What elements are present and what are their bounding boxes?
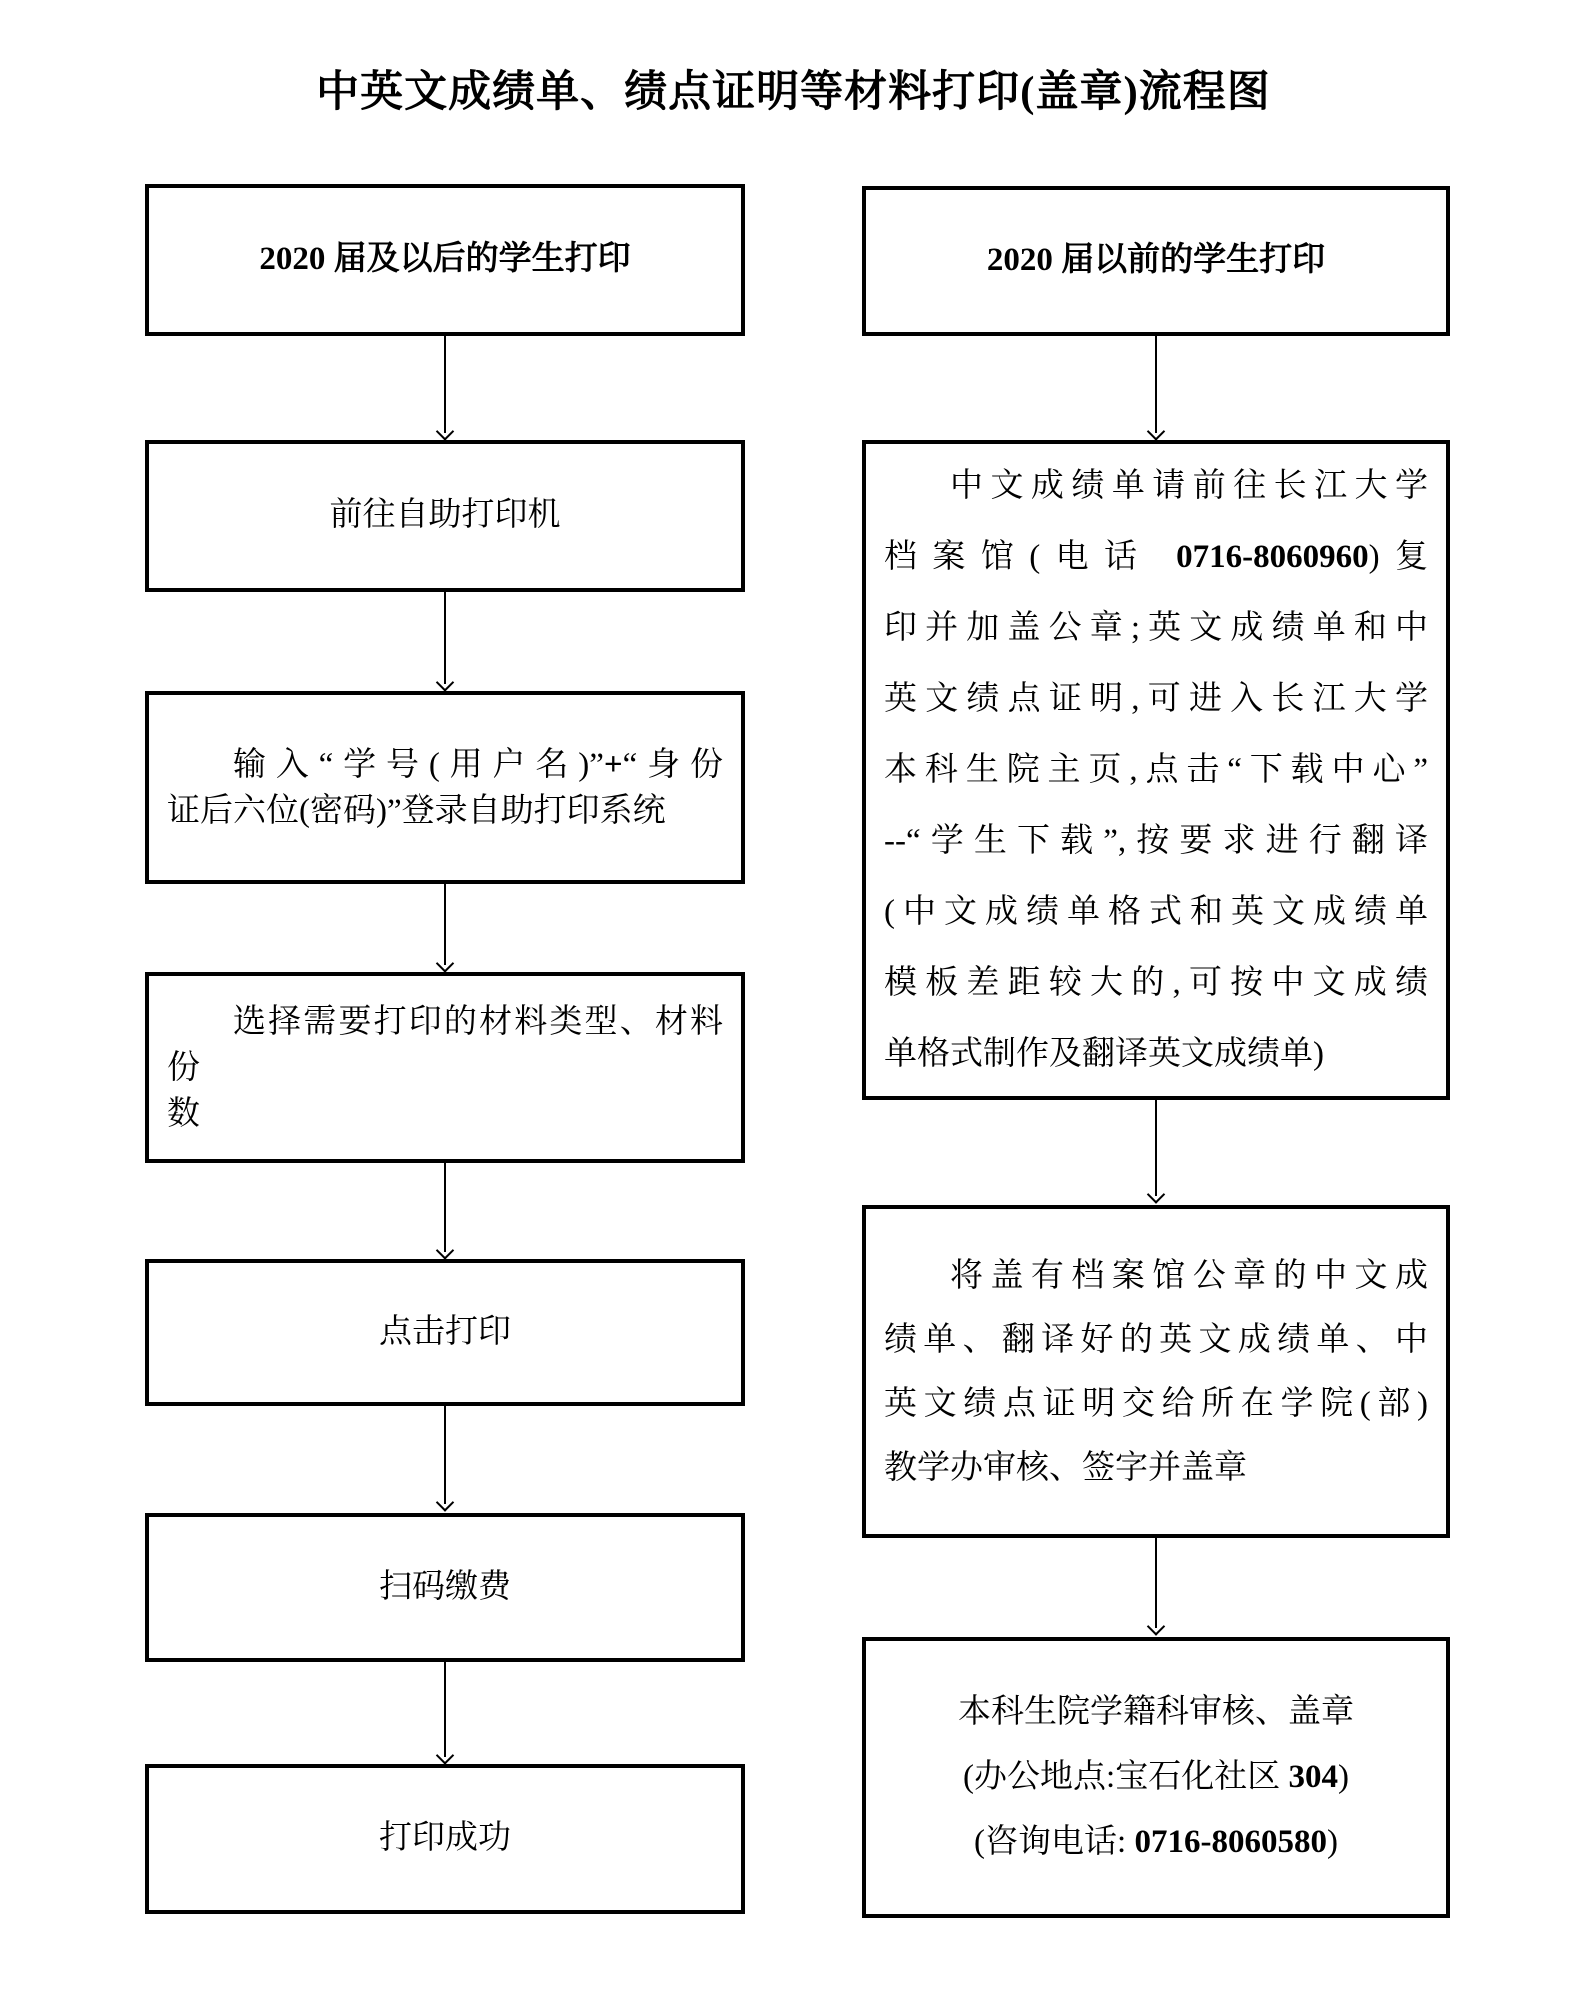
arrow-head: [436, 1241, 454, 1259]
registrar-phone-number: 0716-8060580: [1134, 1824, 1327, 1860]
flow-box-scan-code-pay: 扫码缴费: [145, 1513, 745, 1662]
text-line: 印并加盖公章;英文成绩单和中: [884, 593, 1428, 664]
arrow-head: [436, 954, 454, 972]
plus-sign: +: [604, 747, 623, 783]
arrow-shaft: [444, 884, 446, 965]
arrow-head: [436, 1746, 454, 1764]
flow-arrow: [1147, 336, 1165, 438]
office-room-number: 304: [1288, 1759, 1338, 1795]
text-line: (中文成绩单格式和英文成绩单: [884, 877, 1428, 948]
flow-arrow: [1147, 1100, 1165, 1201]
text-line: 中文成绩单请前往长江大学: [884, 451, 1428, 522]
arrow-head: [1147, 1617, 1165, 1635]
text-line: 本科生院主页,点击“下载中心”: [884, 735, 1428, 806]
flow-box-go-to-self-service-printer: 前往自助打印机: [145, 440, 745, 592]
flow-arrow: [436, 884, 454, 970]
text-segment: ): [1327, 1824, 1338, 1860]
flow-arrow: [436, 1163, 454, 1257]
arrow-head: [436, 673, 454, 691]
flow-box-submit-to-school-teaching-office: 将盖有档案馆公章的中文成 绩单、翻译好的英文成绩单、中 英文绩点证明交给所在学院…: [862, 1205, 1450, 1538]
flow-box-login-self-service-system: 输入“学号(用户名)”+“身份 证后六位(密码)”登录自助打印系统: [145, 691, 745, 884]
text-line: 绩单、翻译好的英文成绩单、中: [884, 1308, 1428, 1372]
flow-box-select-material-type-copies: 选择需要打印的材料类型、材料份 数: [145, 972, 745, 1163]
text-line: 选择需要打印的材料类型、材料份: [167, 999, 723, 1091]
text-line: 2020 届及以后的学生打印: [149, 238, 741, 282]
text-line: 点击打印: [149, 1311, 741, 1355]
page-title: 中英文成绩单、绩点证明等材料打印(盖章)流程图: [0, 58, 1587, 119]
text-line: 英文绩点证明交给所在学院(部): [884, 1372, 1428, 1436]
text-line: 模板差距较大的,可按中文成绩: [884, 948, 1428, 1019]
text-line: 证后六位(密码)”登录自助打印系统: [167, 788, 723, 834]
text-line: 打印成功: [149, 1817, 741, 1861]
text-line: 将盖有档案馆公章的中文成: [884, 1244, 1428, 1308]
arrow-shaft: [444, 592, 446, 684]
text-line: 档案馆(电话 0716-8060960)复: [884, 522, 1428, 593]
text-line: (咨询电话: 0716-8060580): [884, 1810, 1428, 1875]
text-line: 2020 届以前的学生打印: [866, 239, 1446, 283]
text-segment: “身份: [623, 747, 723, 783]
flow-arrow: [436, 592, 454, 689]
text-line: 本科生院学籍科审核、盖章: [884, 1680, 1428, 1745]
flow-arrow: [436, 1662, 454, 1762]
arrow-shaft: [444, 336, 446, 433]
arrow-shaft: [444, 1406, 446, 1504]
text-segment: 档案馆(电话: [884, 539, 1176, 575]
arrow-head: [1147, 422, 1165, 440]
flow-box-print-success: 打印成功: [145, 1764, 745, 1914]
text-line: 前往自助打印机: [149, 494, 741, 538]
flow-arrow: [436, 1406, 454, 1509]
flow-box-archive-and-translation-instructions: 中文成绩单请前往长江大学 档案馆(电话 0716-8060960)复 印并加盖公…: [862, 440, 1450, 1100]
text-line: 英文绩点证明,可进入长江大学: [884, 664, 1428, 735]
arrow-head: [436, 422, 454, 440]
flow-arrow: [436, 336, 454, 438]
flow-box-students-before-2020: 2020 届以前的学生打印: [862, 186, 1450, 336]
arrow-shaft: [444, 1163, 446, 1252]
text-line: 扫码缴费: [149, 1566, 741, 1610]
archive-phone-number: 0716-8060960: [1176, 539, 1369, 575]
text-line: 教学办审核、签字并盖章: [884, 1436, 1428, 1500]
flowchart-page: 中英文成绩单、绩点证明等材料打印(盖章)流程图 2020 届及以后的学生打印 前…: [0, 0, 1587, 2012]
flow-arrow: [1147, 1538, 1165, 1633]
arrow-head: [1147, 1185, 1165, 1203]
flow-box-students-2020-after: 2020 届及以后的学生打印: [145, 184, 745, 336]
text-line: 输入“学号(用户名)”+“身份: [167, 742, 723, 788]
text-segment: )复: [1369, 539, 1428, 575]
flow-box-click-print: 点击打印: [145, 1259, 745, 1406]
text-line: --“学生下载”,按要求进行翻译: [884, 806, 1428, 877]
text-segment: (办公地点:宝石化社区: [963, 1759, 1288, 1795]
text-segment: (咨询电话:: [974, 1824, 1134, 1860]
arrow-shaft: [444, 1662, 446, 1757]
arrow-shaft: [1155, 336, 1157, 433]
arrow-shaft: [1155, 1100, 1157, 1196]
text-line: 单格式制作及翻译英文成绩单): [884, 1019, 1428, 1090]
text-segment: 输入“学号(用户名)”: [233, 747, 604, 783]
arrow-head: [436, 1493, 454, 1511]
arrow-shaft: [1155, 1538, 1157, 1628]
text-segment: ): [1338, 1759, 1349, 1795]
text-line: (办公地点:宝石化社区 304): [884, 1745, 1428, 1810]
text-line: 数: [167, 1091, 723, 1137]
flow-box-registrar-review-stamp: 本科生院学籍科审核、盖章 (办公地点:宝石化社区 304) (咨询电话: 071…: [862, 1637, 1450, 1918]
